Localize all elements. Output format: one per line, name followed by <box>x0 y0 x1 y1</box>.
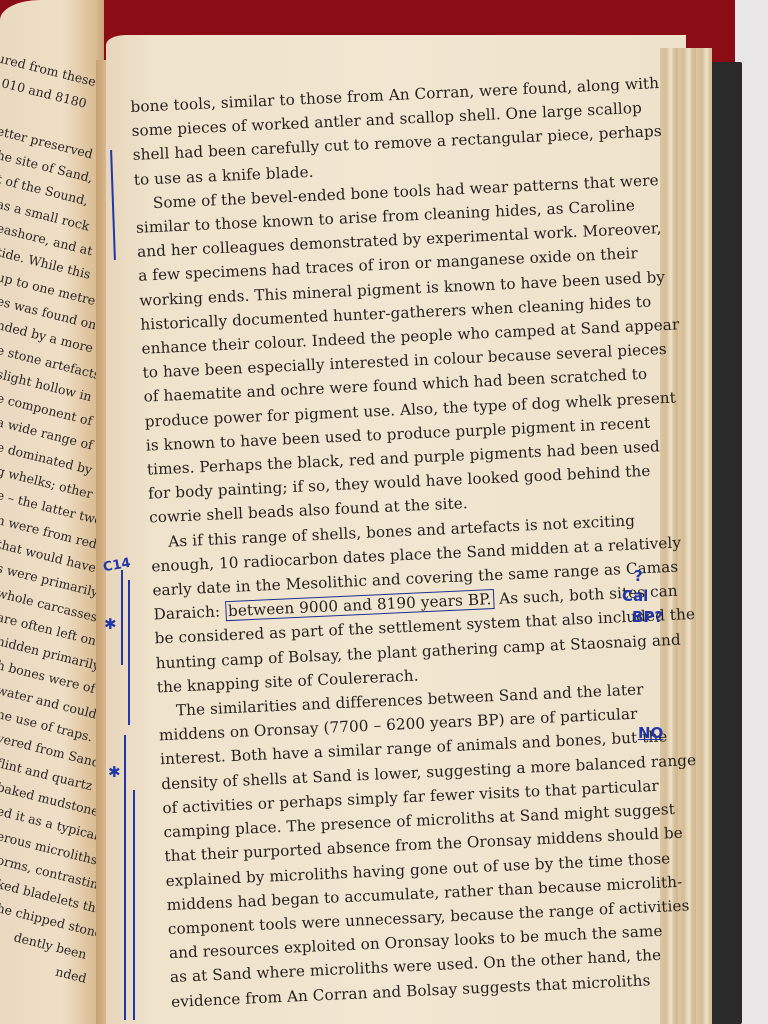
handwritten-cal-note: Cal <box>622 587 648 605</box>
margin-bracket-line <box>121 570 123 665</box>
right-page-text: bone tools, similar to those from An Cor… <box>130 72 671 1013</box>
handwritten-bp-note: BP? <box>632 608 663 626</box>
margin-bracket-line <box>133 790 135 1020</box>
margin-bracket-line <box>124 735 126 1020</box>
handwritten-no-note: NO <box>638 724 663 742</box>
handwritten-star-icon: ✱ <box>108 763 121 781</box>
left-page-text: ured from these010 and 8180 etter preser… <box>0 70 94 993</box>
left-page: ured from these010 and 8180 etter preser… <box>0 0 104 1024</box>
margin-bracket-line <box>128 580 130 725</box>
handwritten-star-icon: ✱ <box>104 615 117 633</box>
handwritten-question-note: ? <box>634 567 643 585</box>
